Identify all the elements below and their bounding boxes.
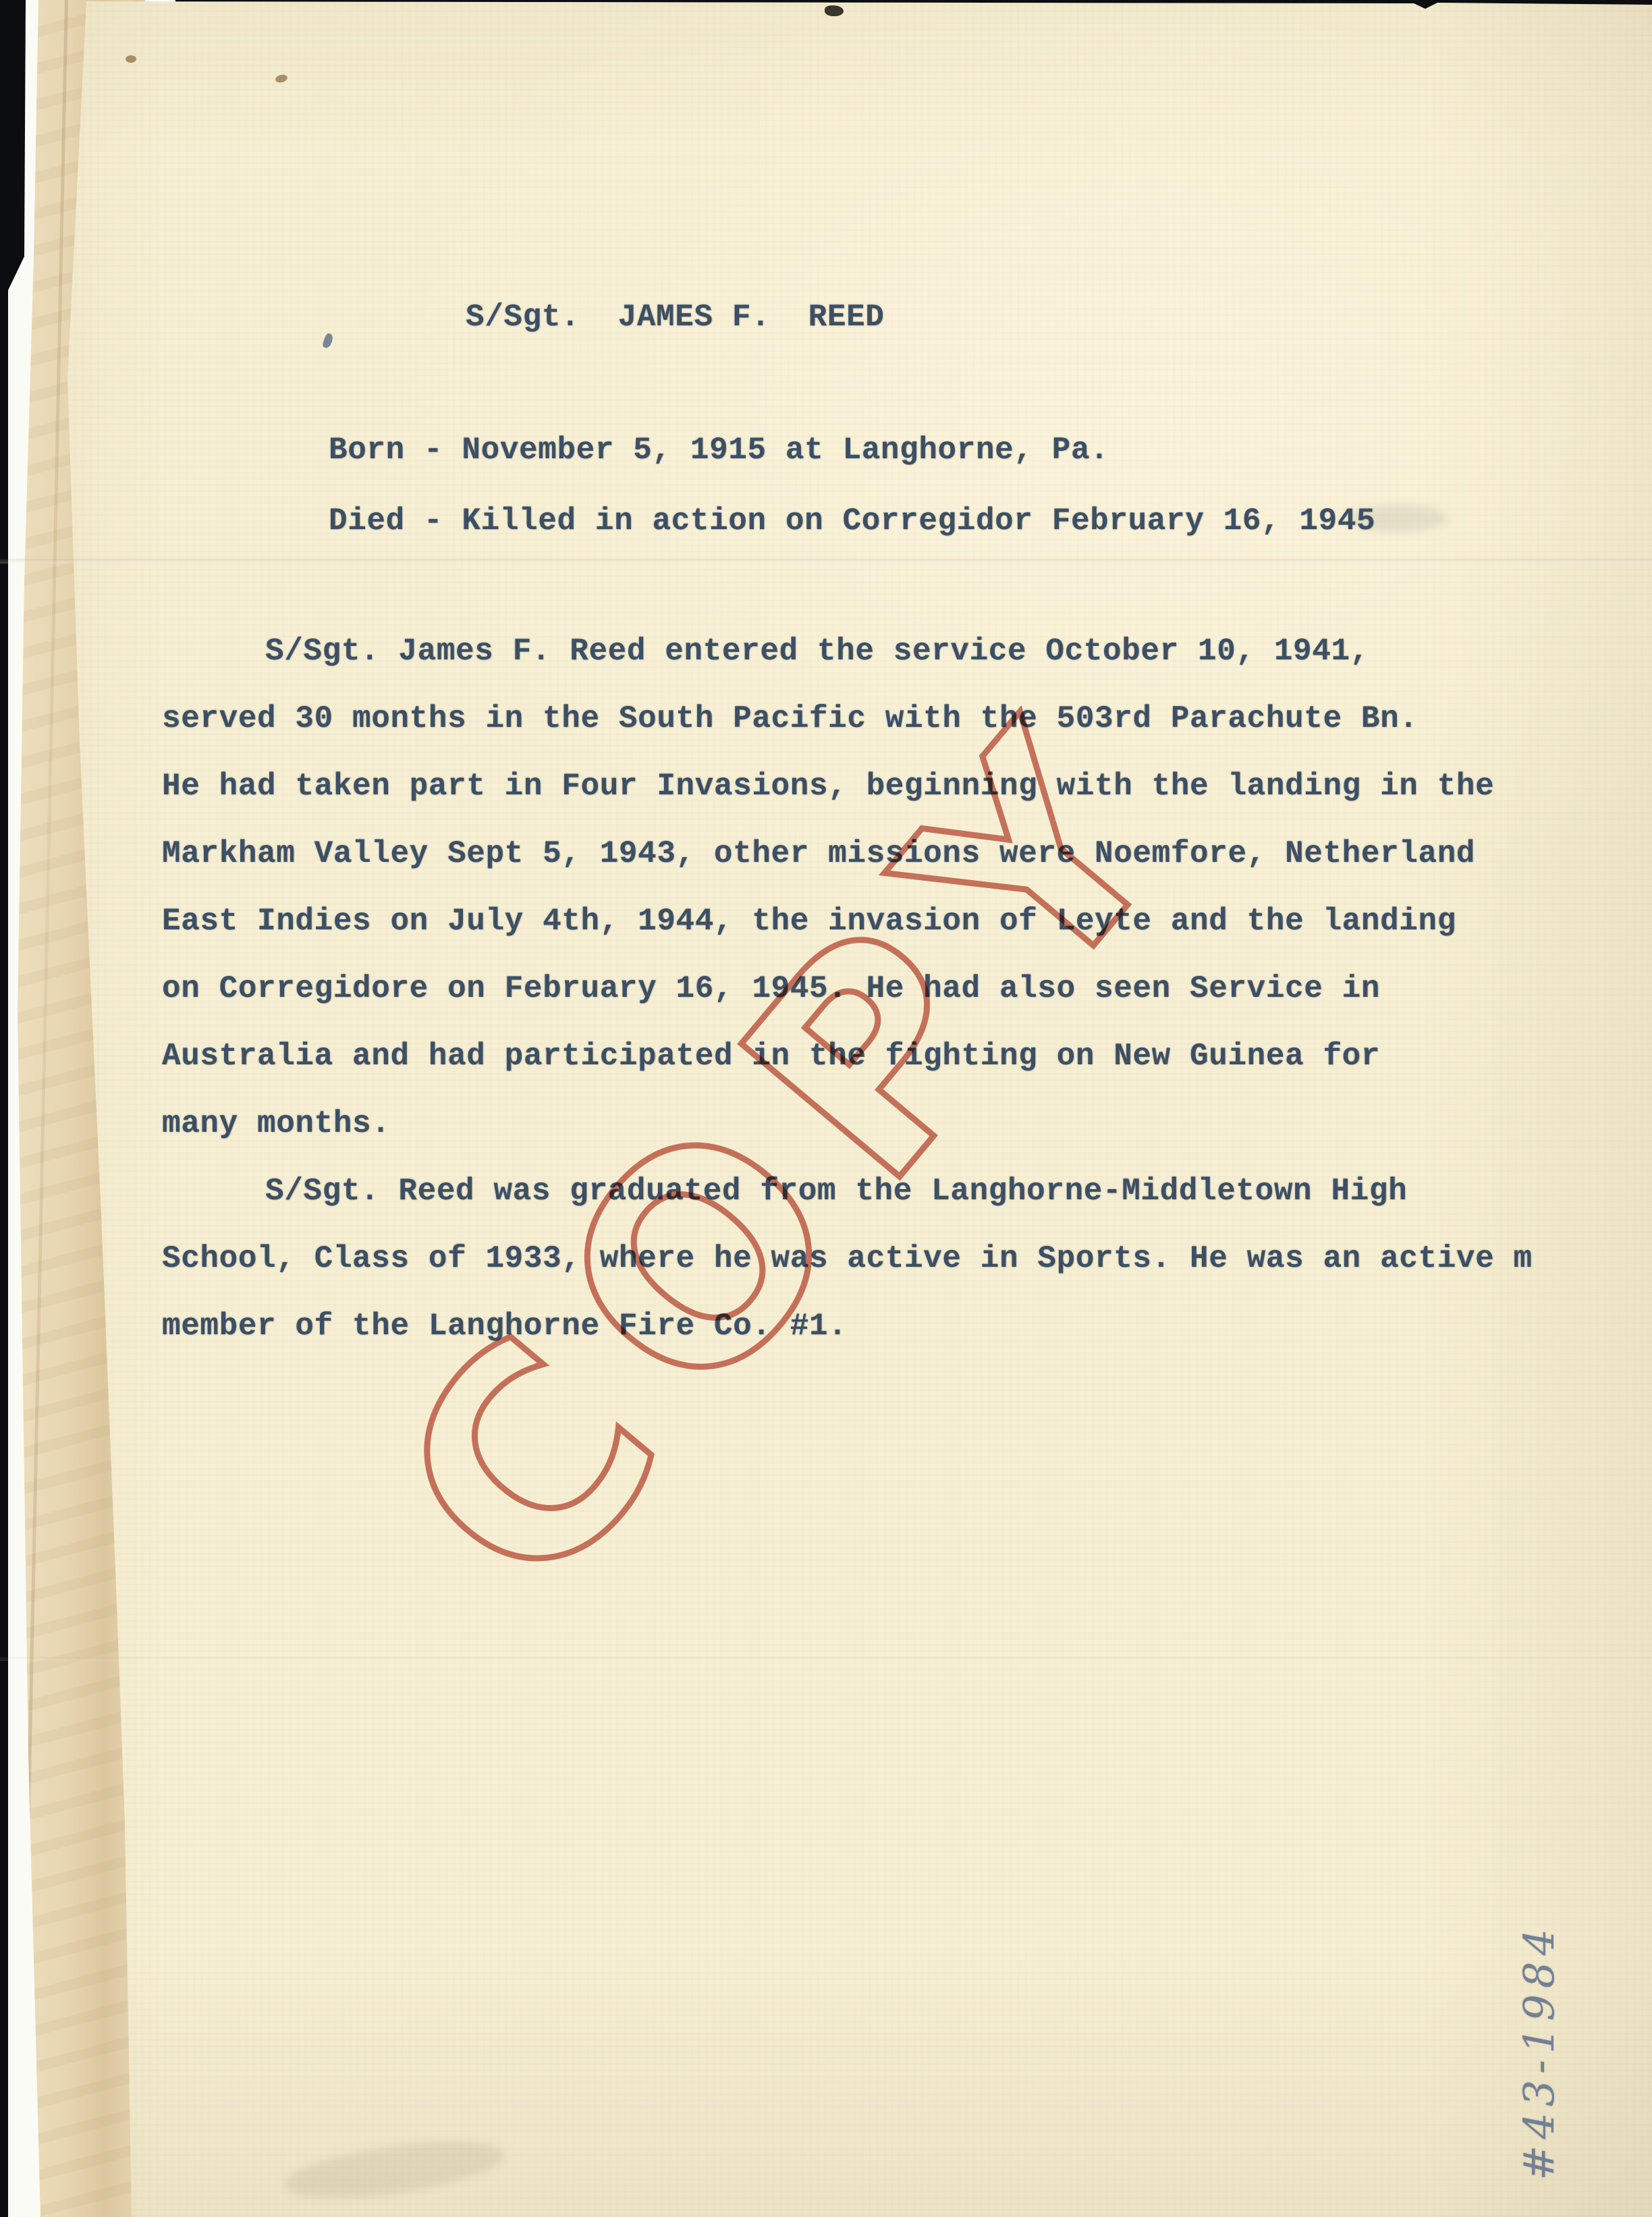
scan-artifact-speck [825,5,844,16]
vital-line: Born - November 5, 1915 at Langhorne, Pa… [329,435,1109,466]
horizontal-crease [0,559,1652,564]
document-title: S/Sgt. JAMES F. REED [466,302,885,333]
scanned-document-page: S/Sgt. JAMES F. REED Born - November 5, … [0,0,1652,2217]
horizontal-crease [0,1657,1652,1661]
typed-line: S/Sgt. James F. Reed entered the service… [265,636,1369,667]
foxing-spot [126,55,136,63]
handwritten-number: #43-1984 [1502,1890,1576,2214]
typed-line: many months. [162,1108,390,1139]
typed-line: served 30 months in the South Pacific wi… [162,703,1419,734]
vital-line: Died - Killed in action on Corregidor Fe… [329,505,1375,537]
